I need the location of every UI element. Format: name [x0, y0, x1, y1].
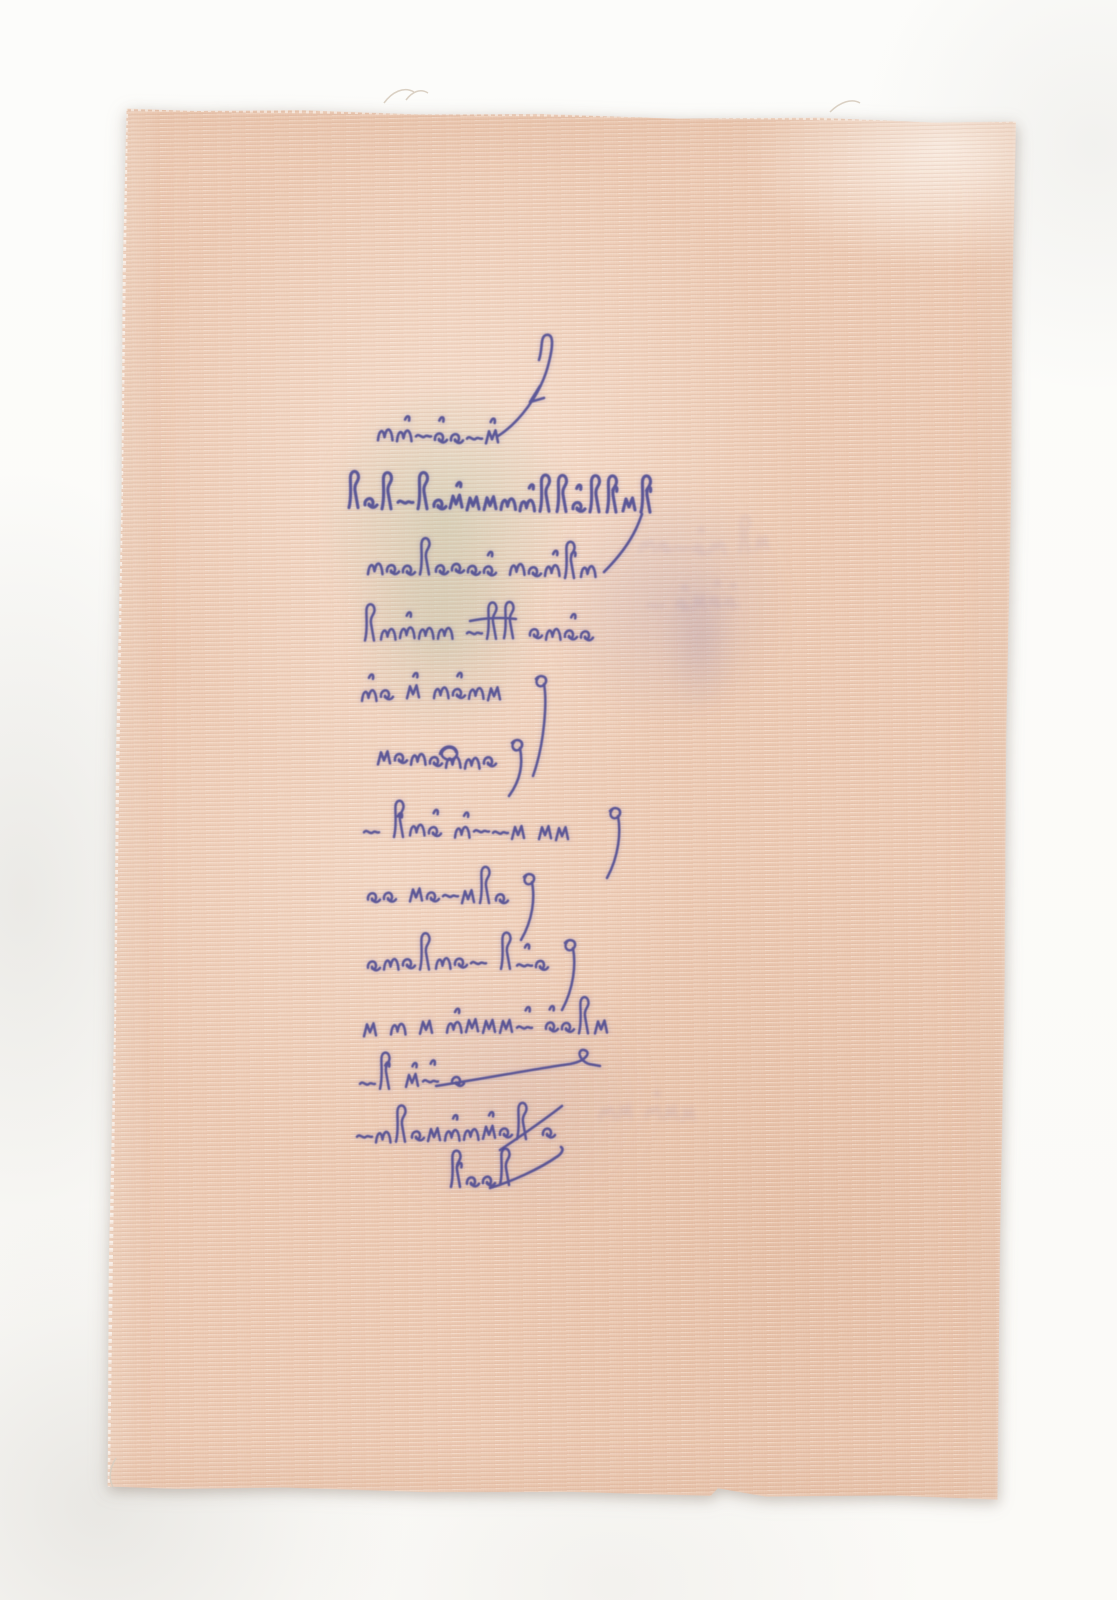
- fabric-swatch: [106, 108, 1016, 1500]
- loose-thread: [830, 101, 860, 112]
- ink-bleed-stain: [359, 971, 662, 1235]
- loose-thread: [384, 90, 414, 103]
- loose-thread: [406, 91, 428, 100]
- stain-teal: [344, 539, 542, 737]
- fabric-surface: [106, 108, 1016, 1500]
- scan-background: [0, 0, 1117, 1600]
